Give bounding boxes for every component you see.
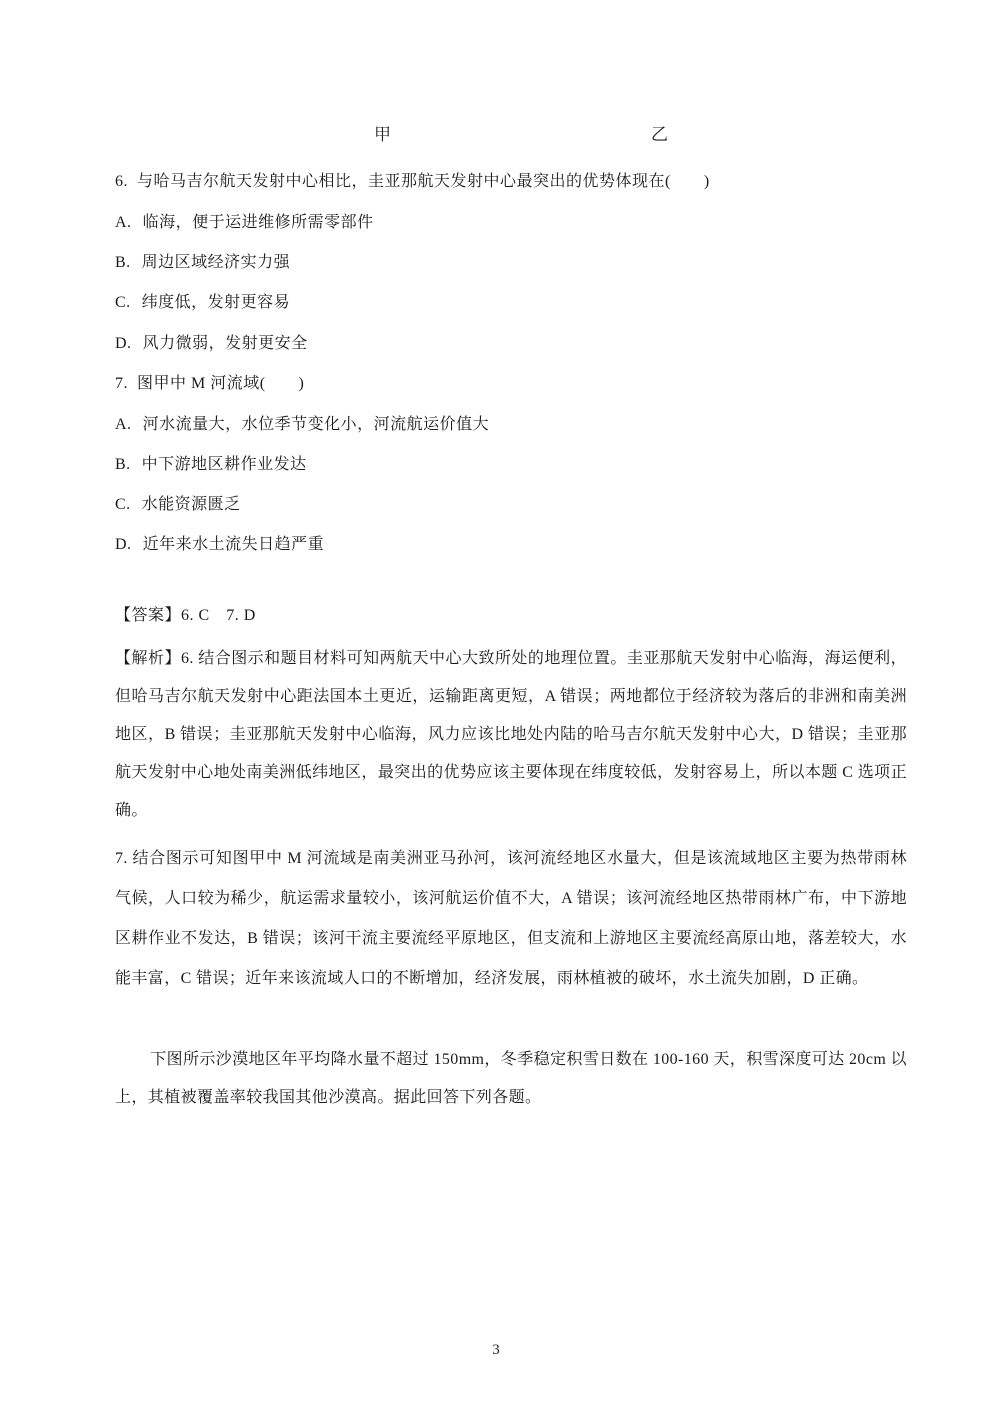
option-text: 河水流量大，水位季节变化小，河流航运价值大 [143,416,490,433]
option-text: 近年来水土流失日趋严重 [143,536,325,553]
option-label: C. [115,496,131,514]
option-text: 周边区域经济实力强 [142,254,291,271]
question-6-stem-row: 6.与哈马吉尔航天发射中心相比，圭亚那航天发射中心最突出的优势体现在( ) [115,168,710,191]
question-6-stem: 与哈马吉尔航天发射中心相比，圭亚那航天发射中心最突出的优势体现在( ) [137,173,710,190]
figure-caption-yi: 乙 [651,120,668,145]
option-text: 风力微弱，发射更安全 [143,335,308,352]
option-text: 纬度低，发射更容易 [142,294,291,311]
option-label: D. [115,335,132,353]
question-7-option-a: A.河水流量大，水位季节变化小，河流航运价值大 [115,411,489,434]
exam-page: 甲 乙 6.与哈马吉尔航天发射中心相比，圭亚那航天发射中心最突出的优势体现在( … [0,0,992,1403]
page-number: 3 [0,1342,992,1359]
question-6-number: 6. [115,173,128,191]
question-7-number: 7. [115,375,128,393]
option-label: C. [115,294,131,312]
option-label: D. [115,536,132,554]
question-7-option-d: D.近年来水土流失日趋严重 [115,531,324,554]
answer-row: 【答案】6. C 7. D [115,602,256,625]
question-6-option-d: D.风力微弱，发射更安全 [115,330,308,353]
question-7-stem: 图甲中 M 河流域( ) [137,375,304,392]
analysis-paragraph-q7: 7. 结合图示可知图甲中 M 河流域是南美洲亚马孙河，该河流经地区水量大，但是该… [115,839,907,999]
option-text: 水能资源匮乏 [142,496,241,513]
analysis-paragraph-q6: 【解析】6. 结合图示和题目材料可知两航天中心大致所处的地理位置。圭亚那航天发射… [115,640,907,830]
answer-text: 6. C 7. D [181,607,256,624]
material-paragraph: 下图所示沙漠地区年平均降水量不超过 150mm，冬季稳定积雪日数在 100-16… [115,1041,907,1117]
question-7-option-b: B.中下游地区耕作业发达 [115,451,307,474]
option-label: B. [115,456,131,474]
option-text: 临海，便于运进维修所需零部件 [143,214,374,231]
question-6-option-b: B.周边区域经济实力强 [115,249,290,272]
question-6-option-c: C.纬度低，发射更容易 [115,289,290,312]
answer-label: 【答案】 [115,607,181,624]
figure-caption-jia: 甲 [374,120,391,145]
question-7-option-c: C.水能资源匮乏 [115,491,241,514]
question-7-stem-row: 7.图甲中 M 河流域( ) [115,370,304,393]
option-text: 中下游地区耕作业发达 [142,456,307,473]
question-6-option-a: A.临海，便于运进维修所需零部件 [115,209,374,232]
option-label: A. [115,416,132,434]
option-label: B. [115,254,131,272]
option-label: A. [115,214,132,232]
